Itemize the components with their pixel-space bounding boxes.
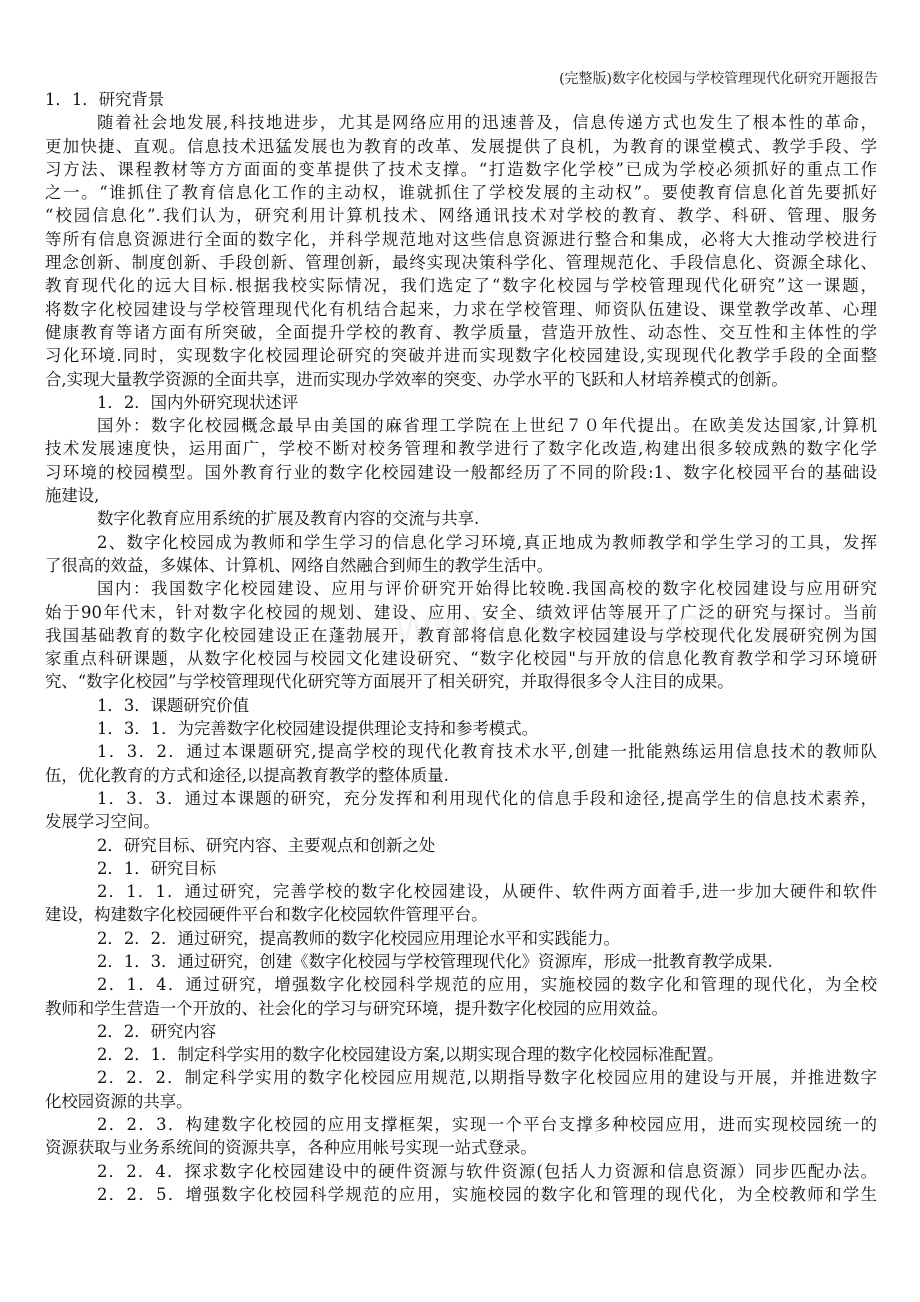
text-line: 理念创新、制度创新、手段创新、管理创新，最终实现决策科学化、管理规范化、手段信息… — [45, 251, 877, 274]
text-line: 技术发展速度快，运用面广，学校不断对校务管理和教学进行了数字化改造,构建出很多较… — [45, 437, 877, 460]
text-line: 2．2．2．通过研究，提高教师的数字化校园应用理论水平和实践能力。 — [45, 927, 877, 950]
text-line: 等所有信息资源进行全面的数字化，并科学规范地对这些信息资源进行整合和集成，必将大… — [45, 228, 877, 251]
text-line: 2．2．5．增强数字化校园科学规范的应用，实施校园的数字化和管理的现代化，为全校… — [45, 1183, 877, 1206]
text-line: 1．3．2．通过本课题研究,提高学校的现代化教育技术水平,创建一批能熟练运用信息… — [45, 740, 877, 763]
text-line: 更加快捷、直观。信息技术迅猛发展也为教育的改革、发展提供了良机，为教育的课堂模式… — [45, 135, 877, 158]
text-line: 2．1．研究目标 — [45, 857, 877, 880]
text-line: 习环境的校园模型。国外教育行业的数字化校园建设一般都经历了不同的阶段:1、数字化… — [45, 461, 877, 484]
text-line: 合,实现大量教学资源的全面共享，进而实现办学效率的突变、办学水平的飞跃和人材培养… — [45, 368, 877, 391]
text-line: 始于90年代末，针对数字化校园的规划、建设、应用、安全、绩效评估等展开了广泛的研… — [45, 601, 877, 624]
text-line: 究、“数字化校园”与学校管理现代化研究等方面展开了相关研究，并取得很多令人注目的… — [45, 670, 877, 693]
text-line: 2、数字化校园成为教师和学生学习的信息化学习环境,真正地成为教师教学和学生学习的… — [45, 531, 877, 554]
document-body: 1．1．研究背景随着社会地发展,科技地进步，尤其是网络应用的迅速普及，信息传递方… — [45, 88, 877, 1206]
text-line: 我国基础教育的数字化校园建设正在蓬勃展开，教育部将信息化数字校园建设与学校现代化… — [45, 624, 877, 647]
text-line: 2．2．2．制定科学实用的数字化校园应用规范,以期指导数字化校园应用的建设与开展… — [45, 1066, 877, 1089]
text-line: 资源获取与业务系统间的资源共享，各种应用帐号实现一站式登录。 — [45, 1136, 877, 1159]
text-line: 习方法、课程教材等方方面面的变革提供了技术支撑。“打造数字化学校”已成为学校必须… — [45, 158, 877, 181]
text-line: 将数字化校园建设与学校管理现代化有机结合起来，力求在学校管理、师资队伍建设、课堂… — [45, 298, 877, 321]
text-line: 发展学习空间。 — [45, 810, 877, 833]
text-line: “校园信息化”.我们认为，研究利用计算机技术、网络通讯技术对学校的教育、教学、科… — [45, 204, 877, 227]
text-line: 随着社会地发展,科技地进步，尤其是网络应用的迅速普及，信息传递方式也发生了根本性… — [45, 111, 877, 134]
text-line: 1．3．课题研究价值 — [45, 694, 877, 717]
text-line: 教师和学生营造一个开放的、社会化的学习与研究环境，提升数字化校园的应用效益。 — [45, 997, 877, 1020]
text-line: 施建设, — [45, 484, 877, 507]
text-line: 之一。“谁抓住了教育信息化工作的主动权，谁就抓住了学校发展的主动权”。要使教育信… — [45, 181, 877, 204]
text-line: 2．研究目标、研究内容、主要观点和创新之处 — [45, 834, 877, 857]
text-line: 习化环境.同时，实现数字化校园理论研究的突破并进而实现数字化校园建设,实现现代化… — [45, 344, 877, 367]
text-line: 1．2．国内外研究现状述评 — [45, 391, 877, 414]
text-line: 2．1．3．通过研究，创建《数字化校园与学校管理现代化》资源库，形成一批教育教学… — [45, 950, 877, 973]
text-line: 伍，优化教育的方式和途径,以提高教育教学的整体质量. — [45, 764, 877, 787]
text-line: 数字化教育应用系统的扩展及教育内容的交流与共享. — [45, 507, 877, 530]
text-line: 2．1．1．通过研究，完善学校的数字化校园建设，从硬件、软件两方面着手,进一步加… — [45, 880, 877, 903]
text-line: 国外：数字化校园概念最早由美国的麻省理工学院在上世纪７０年代提出。在欧美发达国家… — [45, 414, 877, 437]
text-line: 健康教育等诸方面有所突破，全面提升学校的教育、教学质量，营造开放性、动态性、交互… — [45, 321, 877, 344]
text-line: 化校园资源的共享。 — [45, 1090, 877, 1113]
text-line: 2．2．4．探求数字化校园建设中的硬件资源与软件资源(包括人力资源和信息资源）同… — [45, 1160, 877, 1183]
text-line: 国内：我国数字化校园建设、应用与评价研究开始得比较晚.我国高校的数字化校园建设与… — [45, 577, 877, 600]
text-line: 2．2．研究内容 — [45, 1020, 877, 1043]
text-line: 了很高的效益，多媒体、计算机、网络自然融合到师生的教学生活中。 — [45, 554, 877, 577]
text-line: 2．1．4．通过研究，增强数字化校园科学规范的应用，实施校园的数字化和管理的现代… — [45, 973, 877, 996]
text-line: 1．3．3．通过本课题的研究，充分发挥和利用现代化的信息手段和途径,提高学生的信… — [45, 787, 877, 810]
text-line: 1．3．1．为完善数字化校园建设提供理论支持和参考模式。 — [45, 717, 877, 740]
text-line: 2．2．3．构建数字化校园的应用支撑框架，实现一个平台支撑多种校园应用，进而实现… — [45, 1113, 877, 1136]
document-header-title: (完整版)数字化校园与学校管理现代化研究开题报告 — [559, 70, 878, 88]
text-line: 1．1．研究背景 — [45, 88, 877, 111]
text-line: 建设，构建数字化校园硬件平台和数字化校园软件管理平台。 — [45, 903, 877, 926]
text-line: 家重点科研课题，从数字化校园与校园文化建设研究、“数字化校园"与开放的信息化教育… — [45, 647, 877, 670]
text-line: 2．2．1．制定科学实用的数字化校园建设方案,以期实现合理的数字化校园标准配置。 — [45, 1043, 877, 1066]
text-line: 教育现代化的远大目标.根据我校实际情况，我们选定了“数字化校园与学校管理现代化研… — [45, 274, 877, 297]
